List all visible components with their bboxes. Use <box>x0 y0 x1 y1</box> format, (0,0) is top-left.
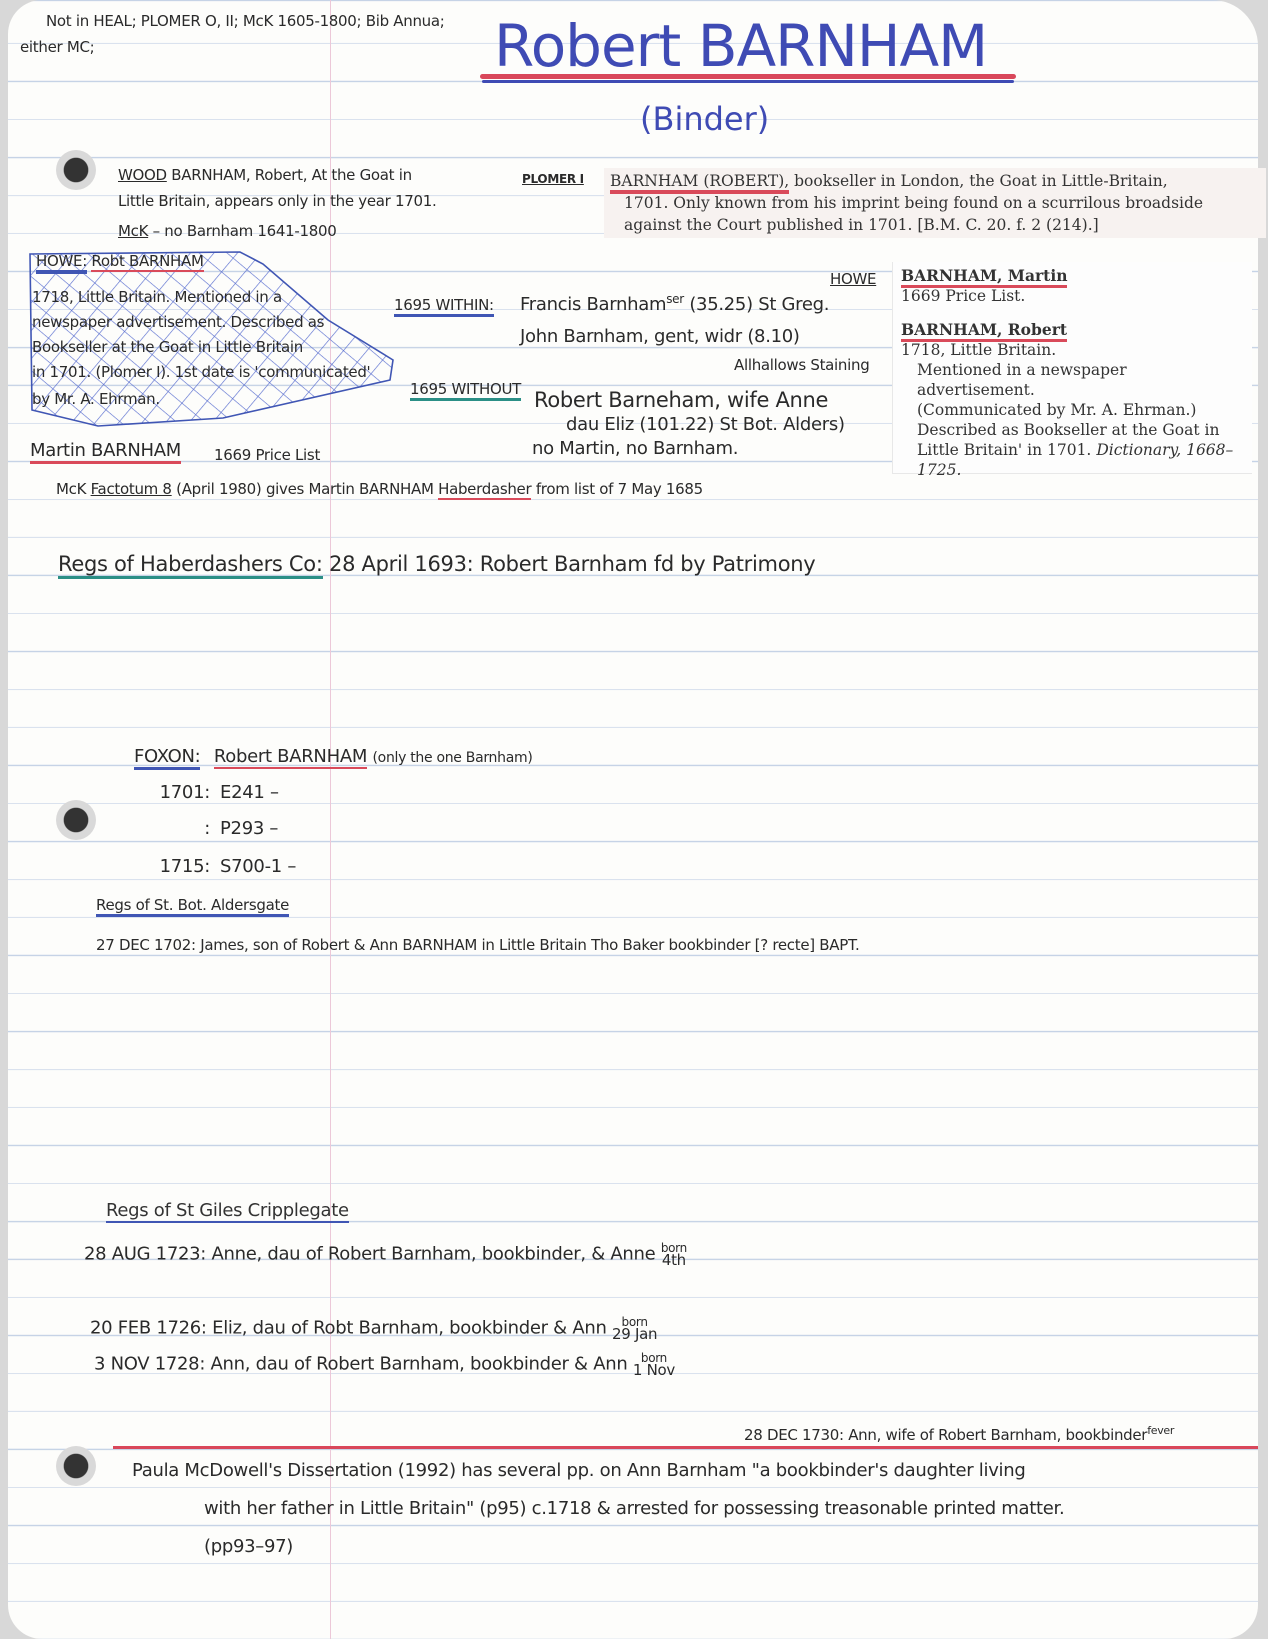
howe-hw-line: newspaper advertisement. Described as <box>32 313 324 331</box>
born-date: 29 Jan <box>612 1325 657 1343</box>
burial-text: 28 DEC 1730: Ann, wife of Robert Barnham… <box>744 1426 1147 1444</box>
foxon-label: FOXON: <box>134 746 200 770</box>
howe-hw-line: 1718, Little Britain. Mentioned in a <box>32 288 282 306</box>
without-line1: Robert Barneham, wife Anne <box>534 388 828 412</box>
margin-line <box>330 0 331 1639</box>
mck-label: McK <box>118 222 148 240</box>
plomer-text2: 1701. Only known from his imprint being … <box>610 194 1203 212</box>
notebook-page: Not in HEAL; PLOMER O, II; McK 1605-1800… <box>8 0 1258 1639</box>
wood-line2: Little Britain, appears only in the year… <box>118 192 436 210</box>
punch-hole-icon <box>56 800 96 840</box>
mck-c: (April 1980) gives Martin BARNHAM <box>176 480 433 498</box>
title-underline-red <box>480 74 1016 79</box>
plomer-text1: bookseller in London, the Goat in Little… <box>794 172 1168 190</box>
howe-hw-line: by Mr. A. Ehrman. <box>32 390 160 408</box>
sources-note-line2: either MC; <box>20 38 94 56</box>
st-giles-entry-text: 28 AUG 1723: Anne, dau of Robert Barnham… <box>84 1244 655 1265</box>
st-giles-entry: 20 FEB 1726: Eliz, dau of Robt Barnham, … <box>90 1316 657 1341</box>
punch-hole-icon <box>56 150 96 190</box>
howe-entry2-line4: Described as Bookseller at the Goat in <box>901 420 1244 440</box>
foxon-name: Robert BARNHAM <box>214 746 367 769</box>
plomer-label: PLOMER I <box>522 172 584 186</box>
without-line2: dau Eliz (101.22) St Bot. Alders) <box>566 414 845 435</box>
without-label: 1695 WITHOUT <box>410 380 521 401</box>
within-line2: John Barnham, gent, widr (8.10) <box>520 326 800 347</box>
foxon-header: FOXON: Robert BARNHAM (only the one Barn… <box>134 746 533 767</box>
mck-b: Factotum 8 <box>91 480 172 498</box>
foxon-ref: E241 – <box>220 782 279 803</box>
mcdowell-line3: (pp93–97) <box>204 1536 293 1557</box>
st-giles-birth: born29 Jan <box>612 1316 657 1341</box>
plomer-text3: against the Court published in 1701. [B.… <box>610 216 1099 234</box>
howe-hw-label: HOWE: <box>36 252 87 274</box>
howe-printed-label: HOWE <box>830 270 876 288</box>
mck-entry: McK – no Barnham 1641-1800 <box>118 222 336 240</box>
foxon-ref: S700-1 – <box>220 856 296 877</box>
plomer-heading: BARNHAM (ROBERT), <box>610 172 789 194</box>
page-subtitle: (Binder) <box>640 100 769 138</box>
foxon-year: 1701: <box>158 782 210 803</box>
howe-entry2-line3: (Communicated by Mr. A. Ehrman.) <box>901 400 1244 420</box>
st-giles-label: Regs of St Giles Cripplegate <box>106 1200 349 1223</box>
wood-label: WOOD <box>118 166 167 184</box>
howe-hw-name: Robt BARNHAM <box>91 252 203 272</box>
howe-clipping: BARNHAM, Martin 1669 Price List. BARNHAM… <box>892 262 1252 474</box>
martin-text: 1669 Price List <box>214 446 320 464</box>
title-underline-blue <box>482 80 1014 83</box>
foxon-year: : <box>158 818 210 839</box>
howe-hw-line: in 1701. (Plomer I). 1st date is 'commun… <box>32 363 370 381</box>
howe-entry2-line5-text: Little Britain' in 1701. <box>917 441 1091 459</box>
within-line3: Allhallows Staining <box>734 356 869 374</box>
howe-hw-line: Bookseller at the Goat in Little Britain <box>32 338 303 356</box>
foxon-year: 1715: <box>158 856 210 877</box>
within-parish: (35.25) St Greg. <box>689 294 829 315</box>
haberdashers-label: Regs of Haberdashers Co: <box>58 552 323 579</box>
mck-d: Haberdasher <box>438 480 531 500</box>
mck-text: – no Barnham 1641-1800 <box>153 222 337 240</box>
burial-entry: 28 DEC 1730: Ann, wife of Robert Barnham… <box>744 1424 1174 1444</box>
st-bot-label: Regs of St. Bot. Aldersgate <box>96 896 289 917</box>
sources-note-line1: Not in HEAL; PLOMER O, II; McK 1605-1800… <box>46 12 445 30</box>
within-name: Francis Barnham <box>520 294 666 315</box>
haberdashers-text: 28 April 1693: Robert Barnham fd by Patr… <box>329 552 815 576</box>
punch-hole-icon <box>56 1446 96 1486</box>
mck-e: from list of 7 May 1685 <box>536 480 703 498</box>
howe-entry1-heading: BARNHAM, Martin <box>901 266 1067 288</box>
st-giles-entry-text: 20 FEB 1726: Eliz, dau of Robt Barnham, … <box>90 1318 607 1339</box>
within-sup: ser <box>666 292 684 306</box>
st-giles-entry: 3 NOV 1728: Ann, dau of Robert Barnham, … <box>94 1352 675 1377</box>
foxon-note: (only the one Barnham) <box>373 750 533 766</box>
within-label: 1695 WITHIN: <box>394 296 494 317</box>
mck-a: McK <box>56 480 86 498</box>
wood-line1: BARNHAM, Robert, At the Goat in <box>171 166 412 184</box>
foxon-ref: P293 – <box>220 818 278 839</box>
st-bot-entry: 27 DEC 1702: James, son of Robert & Ann … <box>96 936 860 954</box>
wood-entry: WOOD BARNHAM, Robert, At the Goat in <box>118 166 412 184</box>
st-giles-entry: 28 AUG 1723: Anne, dau of Robert Barnham… <box>84 1242 687 1267</box>
plomer-clipping: BARNHAM (ROBERT), bookseller in London, … <box>604 168 1266 238</box>
howe-hw-header: HOWE: Robt BARNHAM <box>36 252 204 270</box>
divider-red <box>113 1446 1258 1449</box>
martin-name: Martin BARNHAM <box>30 440 181 464</box>
without-line3: no Martin, no Barnham. <box>532 438 738 459</box>
st-giles-birth: born1 Nov <box>633 1352 675 1377</box>
born-date: 4th <box>662 1251 686 1269</box>
burial-sup: fever <box>1147 1424 1174 1437</box>
howe-entry2-line1: 1718, Little Britain. <box>901 340 1244 360</box>
st-giles-entry-text: 3 NOV 1728: Ann, dau of Robert Barnham, … <box>94 1354 627 1375</box>
howe-entry1-text: 1669 Price List. <box>901 286 1244 306</box>
page-title: Robert BARNHAM <box>494 12 987 80</box>
mcdowell-line1: Paula McDowell's Dissertation (1992) has… <box>132 1460 1026 1481</box>
st-giles-birth: born4th <box>661 1242 687 1267</box>
born-date: 1 Nov <box>633 1361 675 1379</box>
mck-factotum-line: McK Factotum 8 (April 1980) gives Martin… <box>56 480 703 498</box>
within-line1: Francis Barnhamser (35.25) St Greg. <box>520 292 829 315</box>
howe-entry2-line2: Mentioned in a newspaper advertisement. <box>901 360 1244 400</box>
mcdowell-line2: with her father in Little Britain" (p95)… <box>204 1498 1064 1519</box>
haberdashers-entry: Regs of Haberdashers Co: 28 April 1693: … <box>58 552 815 576</box>
howe-entry2-line5: Little Britain' in 1701. Dictionary, 166… <box>901 440 1244 480</box>
howe-entry2-heading: BARNHAM, Robert <box>901 320 1067 342</box>
